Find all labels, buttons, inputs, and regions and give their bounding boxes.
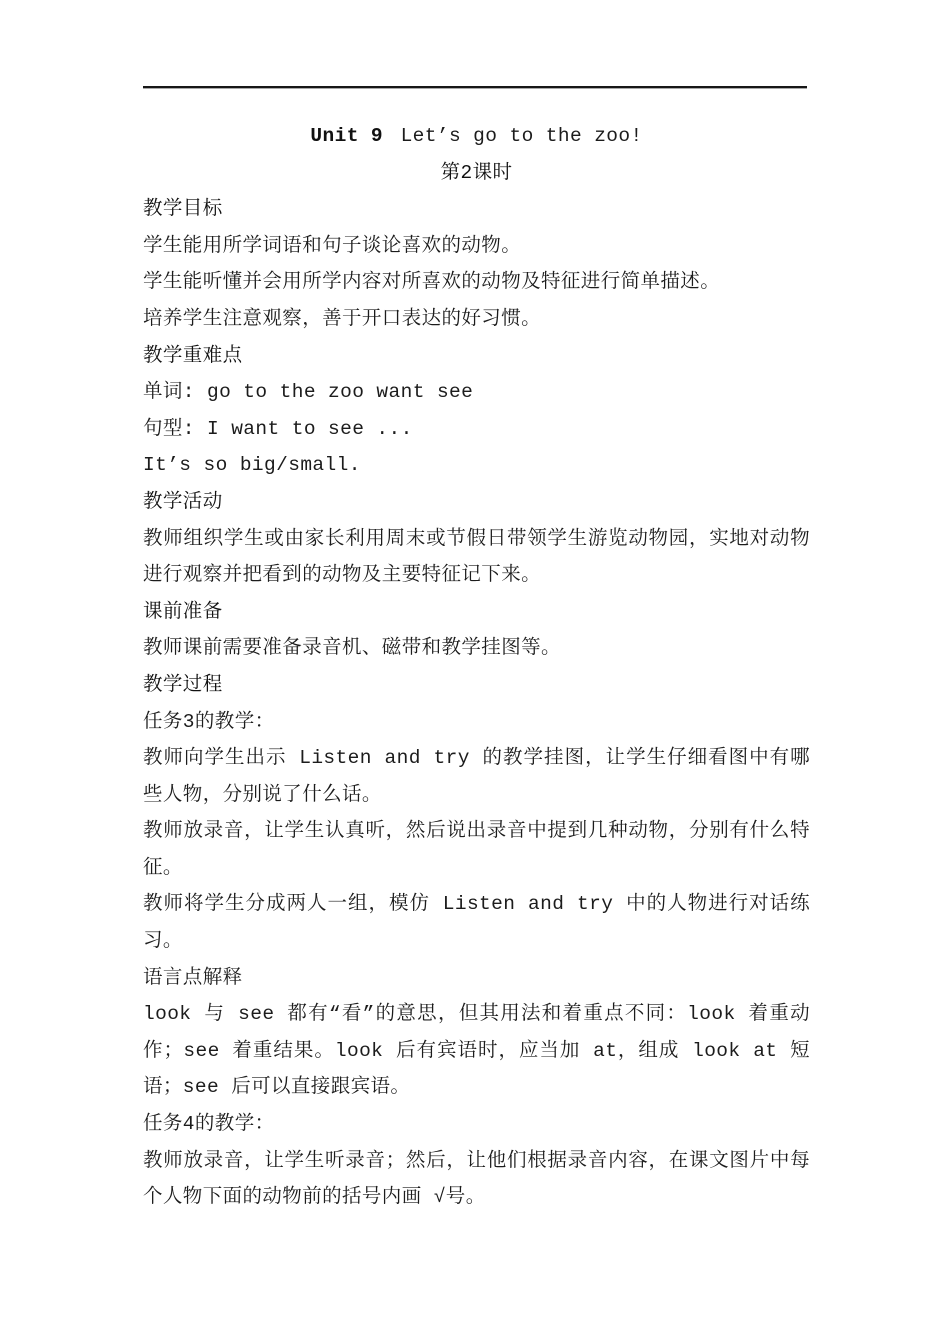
header-divider: [143, 86, 807, 89]
language-notes-text: look 与 see 都有“看”的意思，但其用法和着重点不同：look 着重动作…: [143, 996, 810, 1106]
teaching-goal-item: 培养学生注意观察，善于开口表达的好习惯。: [143, 301, 810, 338]
task4-label: 任务4的教学：: [143, 1106, 810, 1143]
title-unit-label: Unit 9: [310, 125, 383, 147]
section-heading-activities: 教学活动: [143, 484, 810, 521]
activities-text: 教师组织学生或由家长利用周末或节假日带领学生游览动物园，实地对动物进行观察并把看…: [143, 521, 810, 594]
section-heading-key-points: 教学重难点: [143, 338, 810, 375]
document-content: Unit 9Let’s go to the zoo! 第2课时 教学目标 学生能…: [143, 118, 810, 1216]
teaching-goal-item: 学生能听懂并会用所学内容对所喜欢的动物及特征进行简单描述。: [143, 264, 810, 301]
task3-step: 教师放录音，让学生认真听，然后说出录音中提到几种动物，分别有什么特征。: [143, 813, 810, 886]
document-title: Unit 9Let’s go to the zoo!: [143, 118, 810, 155]
section-heading-teaching-goals: 教学目标: [143, 191, 810, 228]
document-page: Unit 9Let’s go to the zoo! 第2课时 教学目标 学生能…: [0, 0, 950, 1344]
preparation-text: 教师课前需要准备录音机、磁带和教学挂图等。: [143, 630, 810, 667]
teaching-goal-item: 学生能用所学词语和句子谈论喜欢的动物。: [143, 228, 810, 265]
document-subtitle: 第2课时: [143, 155, 810, 192]
task3-label: 任务3的教学：: [143, 704, 810, 741]
title-text: Let’s go to the zoo!: [401, 125, 643, 147]
task3-step: 教师将学生分成两人一组，模仿 Listen and try 中的人物进行对话练习…: [143, 886, 810, 959]
key-point-sentence: 句型: I want to see ...: [143, 411, 810, 448]
key-point-sentence: It’s so big/small.: [143, 447, 810, 484]
section-heading-process: 教学过程: [143, 667, 810, 704]
language-notes-label: 语言点解释: [143, 960, 810, 997]
task3-step: 教师向学生出示 Listen and try 的教学挂图，让学生仔细看图中有哪些…: [143, 740, 810, 813]
task4-step: 教师放录音，让学生听录音；然后，让他们根据录音内容，在课文图片中每个人物下面的动…: [143, 1143, 810, 1216]
key-point-words: 单词: go to the zoo want see: [143, 374, 810, 411]
section-heading-preparation: 课前准备: [143, 594, 810, 631]
